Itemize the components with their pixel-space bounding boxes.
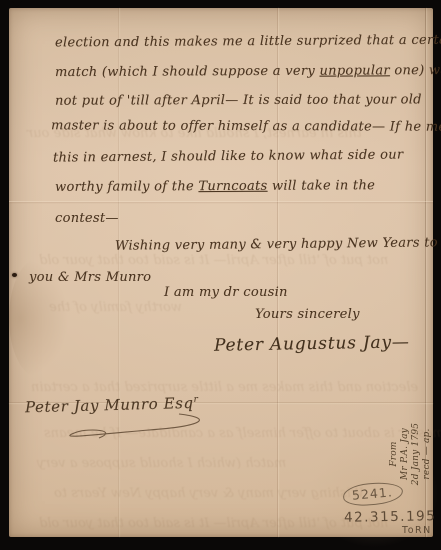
ghost-text: match (which I should suppose a very <box>37 456 286 471</box>
letter-line: master is about to offer himself as a ca… <box>51 118 441 134</box>
underlined-word: unpopular <box>319 63 389 78</box>
letter-closing: I am my dr cousin <box>164 285 288 300</box>
letter-line: not put of 'till after April— It is said… <box>55 92 422 108</box>
letter-line-text: not put of 'till after April— It is said… <box>55 92 422 108</box>
docket-line: recd — ap. <box>422 398 433 510</box>
accession-number: 42.315.195 <box>344 508 437 526</box>
letter-line-text: election and this makes me a little surp… <box>55 33 441 51</box>
letter-paper: this in earnest, I should like to know w… <box>9 8 433 537</box>
letter-line: match (which I should suppose a very unp… <box>55 63 441 80</box>
address-line: Peter Jay Munro Esqr <box>25 394 199 417</box>
ghost-text: election and this makes me a little surp… <box>31 380 418 395</box>
letter-line: contest— <box>55 211 119 226</box>
ghost-text: not put of 'till after April— It is said… <box>39 253 388 268</box>
ghost-text: master is about to offer himself as a ca… <box>44 426 441 441</box>
signature-text: Peter Augustus Jay— <box>214 332 410 355</box>
signature: Peter Augustus Jay— <box>214 332 410 355</box>
underlined-word: Turncoats <box>198 179 267 194</box>
letter-line-text: match (which I should suppose a very <box>55 64 320 80</box>
letter-line: Wishing very many & very happy New Years… <box>115 235 438 253</box>
docket-line: 2d Jany 1795 <box>411 398 422 510</box>
letter-line-text: this in earnest, I should like to know w… <box>53 147 403 165</box>
letter-line-text: worthy family of the <box>55 179 198 195</box>
condition-note: ToRN <box>402 525 432 536</box>
letter-line-text: Wishing very many & very happy New Years… <box>115 235 438 253</box>
letter-line: this in earnest, I should like to know w… <box>53 147 403 165</box>
fold-crease-horizontal <box>9 201 433 202</box>
address-text: Peter Jay Munro Esq <box>25 394 194 416</box>
ghost-text: worthy family of the <box>49 300 182 315</box>
letter-line: worthy family of the Turncoats will take… <box>55 178 375 195</box>
letter-line-text: one) was <box>390 63 441 78</box>
letter-line-text: master is about to offer himself as a ca… <box>51 118 441 134</box>
letter-line-text: Yours sincerely <box>255 307 360 322</box>
letter-line-text: I am my dr cousin <box>164 285 288 300</box>
fold-crease-vertical <box>277 8 278 537</box>
letter-closing: Yours sincerely <box>255 307 360 322</box>
ghost-text: Wishing very many & very happy New Years… <box>54 486 364 501</box>
ghost-text: not put of 'till after April— It is said… <box>39 516 388 531</box>
ink-spot <box>12 273 17 277</box>
letter-line: you & Mrs Munro <box>29 270 151 285</box>
scan-background: this in earnest, I should like to know w… <box>0 0 441 550</box>
letter-line-text: will take in the <box>267 178 375 194</box>
address-superscript: r <box>193 395 198 405</box>
letter-line-text: you & Mrs Munro <box>29 270 151 285</box>
letter-line-text: contest— <box>55 211 119 226</box>
letter-line: election and this makes me a little surp… <box>55 33 441 51</box>
